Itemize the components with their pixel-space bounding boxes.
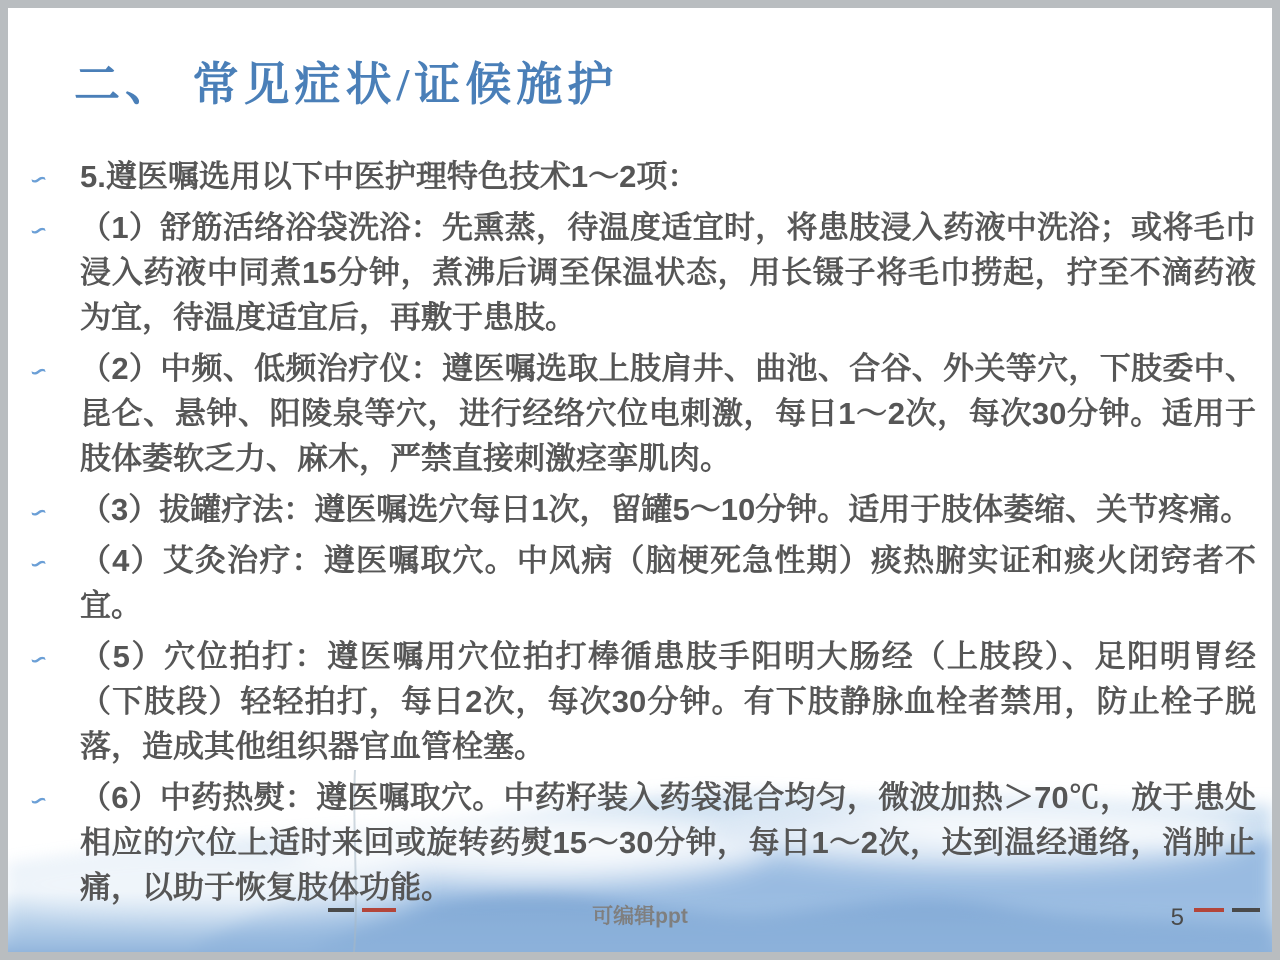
list-item: ∽ （2）中频、低频治疗仪：遵医嘱选取上肢肩井、曲池、合谷、外关等穴，下肢委中、… [20, 346, 1256, 481]
item-text: （3）拔罐疗法：遵医嘱选穴每日1次，留罐5～10分钟。适用于肢体萎缩、关节疼痛。 [80, 487, 1256, 532]
decorative-bullet-icon: ∽ [16, 338, 84, 389]
decorative-bullet-icon: ∽ [16, 530, 84, 581]
footer-editable-label: 可编辑ppt [592, 900, 688, 930]
list-item: ∽ （1）舒筋活络浴袋洗浴：先熏蒸，待温度适宜时，将患肢浸入药液中洗浴；或将毛巾… [20, 205, 1256, 340]
item-text: （1）舒筋活络浴袋洗浴：先熏蒸，待温度适宜时，将患肢浸入药液中洗浴；或将毛巾浸入… [80, 205, 1256, 340]
list-item: ∽ （3）拔罐疗法：遵医嘱选穴每日1次，留罐5～10分钟。适用于肢体萎缩、关节疼… [20, 487, 1256, 532]
item-text: （6）中药热熨：遵医嘱取穴。中药籽装入药袋混合均匀，微波加热＞70℃，放于患处相… [80, 775, 1256, 910]
decorative-bullet-icon: ∽ [16, 146, 84, 197]
list-item: ∽ （4）艾灸治疗：遵医嘱取穴。中风病（脑梗死急性期）痰热腑实证和痰火闭窍者不宜… [20, 538, 1256, 628]
slide-body: ∽ 5.遵医嘱选用以下中医护理特色技术1～2项： ∽ （1）舒筋活络浴袋洗浴：先… [20, 154, 1256, 916]
list-item: ∽ （5）穴位拍打：遵医嘱用穴位拍打棒循患肢手阳明大肠经（上肢段）、足阳明胃经（… [20, 634, 1256, 769]
page-number: 5 [1171, 904, 1184, 932]
list-item: ∽ （6）中药热熨：遵医嘱取穴。中药籽装入药袋混合均匀，微波加热＞70℃，放于患… [20, 775, 1256, 910]
decorative-bullet-icon: ∽ [16, 479, 84, 530]
item-text: 5.遵医嘱选用以下中医护理特色技术1～2项： [80, 154, 1256, 199]
presentation-slide: 二、 常见症状/证候施护 ∽ 5.遵医嘱选用以下中医护理特色技术1～2项： ∽ … [8, 8, 1272, 952]
slide-title: 二、 常见症状/证候施护 [74, 48, 618, 114]
decorative-bullet-icon: ∽ [16, 767, 84, 818]
item-text: （5）穴位拍打：遵医嘱用穴位拍打棒循患肢手阳明大肠经（上肢段）、足阳明胃经（下肢… [80, 634, 1256, 769]
item-text: （4）艾灸治疗：遵医嘱取穴。中风病（脑梗死急性期）痰热腑实证和痰火闭窍者不宜。 [80, 538, 1256, 628]
list-item: ∽ 5.遵医嘱选用以下中医护理特色技术1～2项： [20, 154, 1256, 199]
decorative-bullet-icon: ∽ [16, 626, 84, 677]
decorative-bullet-icon: ∽ [16, 197, 84, 248]
item-text: （2）中频、低频治疗仪：遵医嘱选取上肢肩井、曲池、合谷、外关等穴，下肢委中、昆仑… [80, 346, 1256, 481]
